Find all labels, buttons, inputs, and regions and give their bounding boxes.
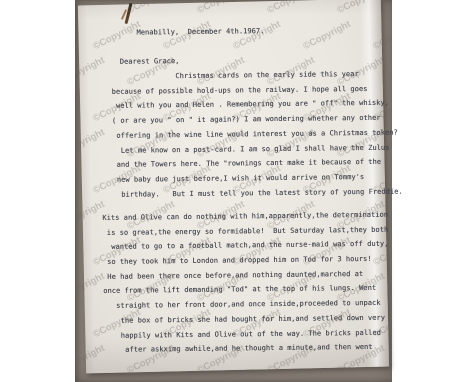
- letter-paragraph-top: Menabilly, December 4th.1967. Dearest Gr…: [98, 23, 400, 203]
- letter-photo: Menabilly, December 4th.1967. Dearest Gr…: [75, 0, 392, 382]
- letter-paragraph-bottom: Kits and Olive can do nothing with him,a…: [98, 208, 400, 358]
- scanned-letter-page: Menabilly, December 4th.1967. Dearest Gr…: [0, 0, 468, 382]
